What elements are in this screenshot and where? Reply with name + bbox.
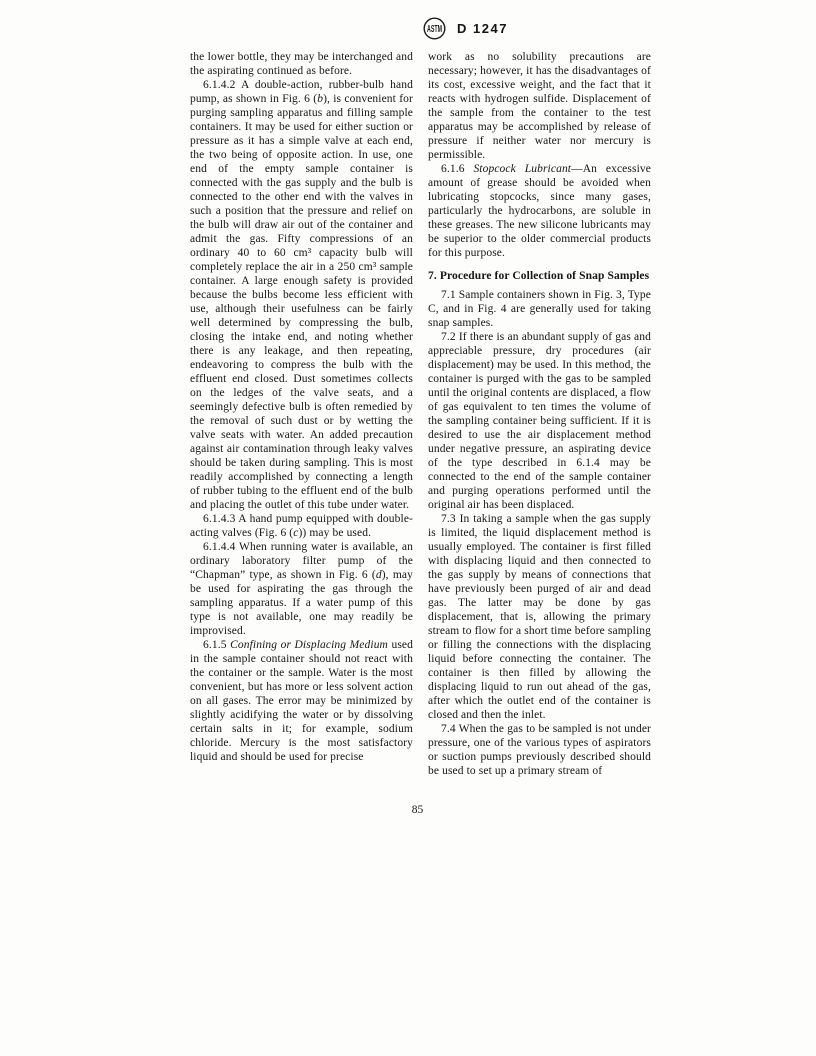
text-run: 7.4 When the gas to be sampled is not un… [428, 723, 651, 777]
paragraph: 6.1.5 Confining or Displacing Medium use… [190, 638, 413, 764]
paragraph: 7.4 When the gas to be sampled is not un… [428, 722, 651, 778]
text-run: ), is convenient for purging sampling ap… [190, 93, 413, 511]
text-run: )) may be used. [298, 527, 371, 539]
text-run: Stopcock Lubricant [473, 163, 571, 175]
text-run: 7.3 In taking a sample when the gas supp… [428, 513, 651, 721]
astm-logo-text: ASTM [427, 23, 442, 35]
paragraph: 6.1.4.2 A double-action, rubber-bulb han… [190, 78, 413, 512]
paragraph: 7.1 Sample containers shown in Fig. 3, T… [428, 288, 651, 330]
section-heading: 7. Procedure for Collection of Snap Samp… [428, 269, 651, 283]
document-page: ASTM D 1247 the lower bottle, they may b… [0, 0, 816, 1056]
column-left: the lower bottle, they may be interchang… [190, 50, 413, 778]
text-run: Confining or Displacing Medium [230, 639, 388, 651]
paragraph: 7.2 If there is an abundant supply of ga… [428, 330, 651, 512]
text-run: 7.1 Sample containers shown in Fig. 3, T… [428, 289, 651, 329]
page-header: ASTM D 1247 [423, 17, 508, 40]
text-run: 6.1.5 [203, 639, 230, 651]
text-run: the lower bottle, they may be interchang… [190, 51, 413, 77]
page-number: 85 [190, 804, 645, 816]
paragraph: work as no solubility precautions are ne… [428, 50, 651, 162]
astm-logo-icon: ASTM [423, 17, 446, 40]
paragraph: 6.1.4.4 When running water is available,… [190, 540, 413, 638]
text-run: work as no solubility precautions are ne… [428, 51, 651, 161]
paragraph: 7.3 In taking a sample when the gas supp… [428, 512, 651, 722]
body-text: the lower bottle, they may be interchang… [190, 50, 652, 778]
text-run: used in the sample container should not … [190, 639, 413, 763]
document-code: D 1247 [457, 21, 508, 36]
text-run: 7. Procedure for Collection of Snap Samp… [428, 270, 649, 282]
paragraph: 6.1.4.3 A hand pump equipped with double… [190, 512, 413, 540]
column-right: work as no solubility precautions are ne… [428, 50, 651, 778]
text-run: 7.2 If there is an abundant supply of ga… [428, 331, 651, 511]
paragraph: the lower bottle, they may be interchang… [190, 50, 413, 78]
paragraph: 6.1.6 Stopcock Lubricant—An excessive am… [428, 162, 651, 260]
text-run: —An excessive amount of grease should be… [428, 163, 651, 259]
text-run: 6.1.6 [441, 163, 473, 175]
